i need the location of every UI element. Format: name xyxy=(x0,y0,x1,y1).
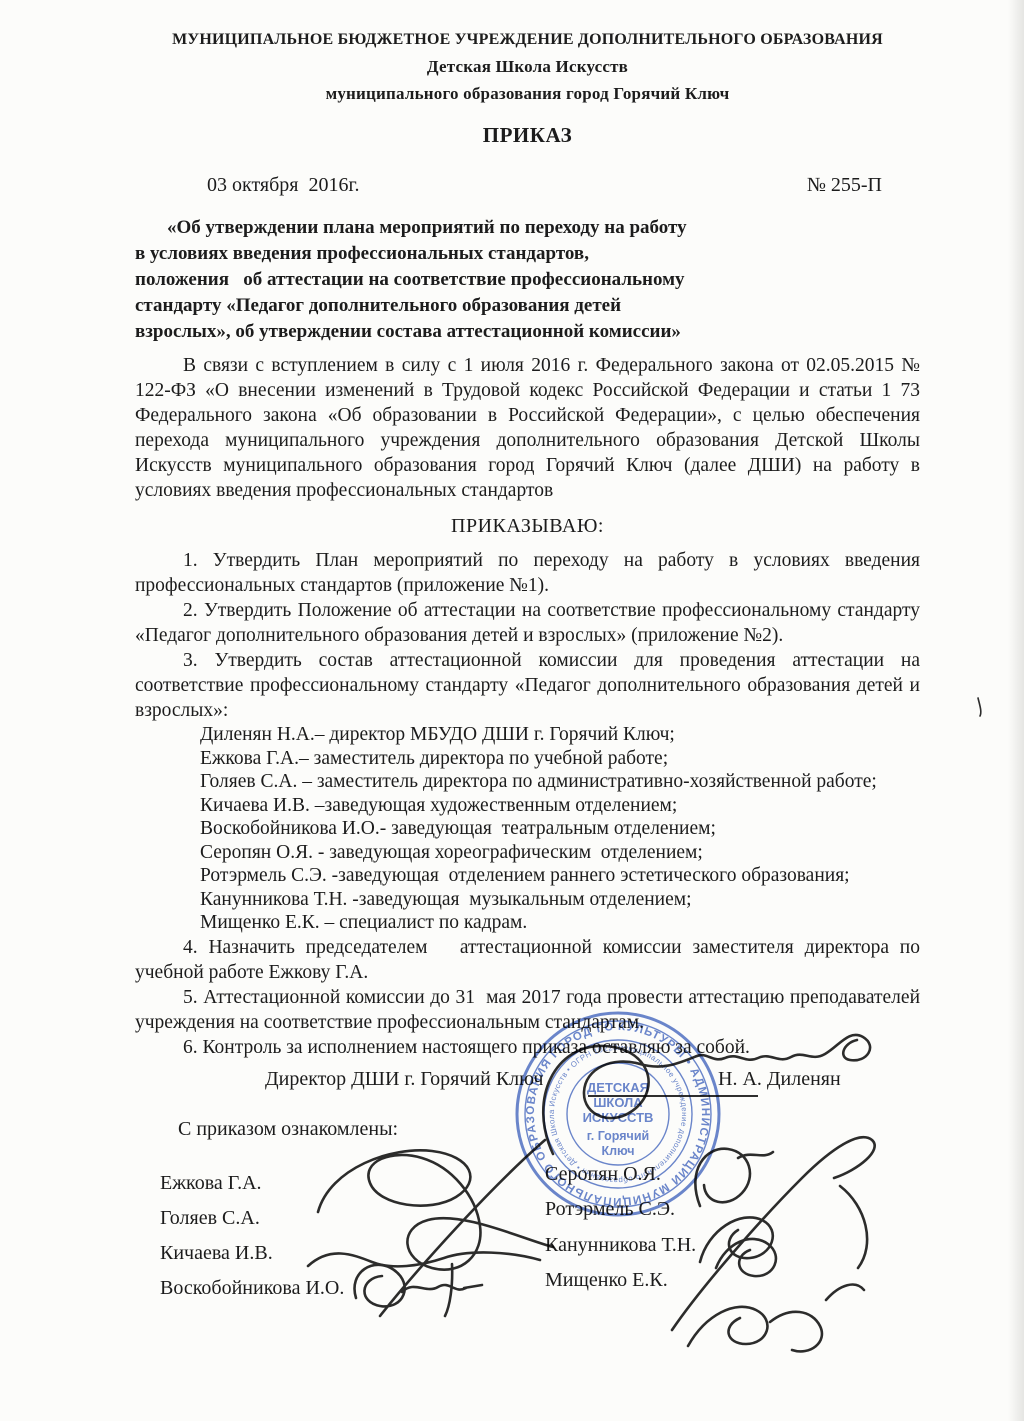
commission-member: Ежкова Г.А.– заместитель директора по уч… xyxy=(200,747,920,771)
stamp-center-line: ДЕТСКАЯ xyxy=(587,1080,649,1095)
rotermel-signature xyxy=(672,1137,875,1330)
stamp-center-line: Ключ xyxy=(601,1144,634,1158)
ezhkova-golyaev-signature xyxy=(318,1150,553,1269)
doc-date: 03 октября 2016г. xyxy=(207,174,359,197)
commission-member: Мищенко Е.К. – специалист по кадрам. xyxy=(200,911,920,935)
commission-member: Диленян Н.А.– директор МБУДО ДШИ г. Горя… xyxy=(200,723,920,747)
commission-member: Ротэрмель С.Э. -заведующая отделением ра… xyxy=(200,864,920,888)
signature-line xyxy=(588,1095,758,1097)
commission-member: Серопян О.Я. - заведующая хореографическ… xyxy=(200,841,920,865)
doc-meta-row: 03 октября 2016г. № 255-П xyxy=(135,174,920,197)
stamp-center-line: ШКОЛА xyxy=(593,1095,643,1110)
ack-name-kanunnikova: Канунникова Т.Н. xyxy=(545,1234,696,1257)
director-label: Директор ДШИ г. Горячий Ключ xyxy=(265,1068,543,1091)
subject-line: в условиях введения профессиональных ста… xyxy=(135,241,775,267)
scan-edge-shadow xyxy=(1008,0,1024,1421)
commission-member: Кичаева И.В. –заведующая художественным … xyxy=(200,794,920,818)
order-item-5: 5. Аттестационной комиссии до 31 мая 201… xyxy=(135,985,920,1035)
order-item-6: 6. Контроль за исполнением настоящего пр… xyxy=(135,1035,920,1060)
doc-type-title: ПРИКАЗ xyxy=(135,123,920,148)
ack-name-ezhkova: Ежкова Г.А. xyxy=(160,1172,262,1195)
director-name: Н. А. Диленян xyxy=(718,1068,841,1091)
commission-member: Голяев С.А. – заместитель директора по а… xyxy=(200,770,920,794)
seropyan-signature xyxy=(695,1149,773,1206)
subject-line: положения об аттестации на соответствие … xyxy=(135,267,775,293)
document-content: МУНИЦИПАЛЬНОЕ БЮДЖЕТНОЕ УЧРЕЖДЕНИЕ ДОПОЛ… xyxy=(0,0,1024,1060)
commission-member: Воскобойникова И.О.- заведующая театраль… xyxy=(200,817,920,841)
doc-subject: «Об утверждении плана мероприятий по пер… xyxy=(135,215,775,345)
subject-line: взрослых», об утверждении состава аттест… xyxy=(135,319,775,345)
order-item-3: 3. Утвердить состав аттестационной комис… xyxy=(135,648,920,723)
ack-name-kichaeva: Кичаева И.В. xyxy=(160,1242,273,1265)
acknowledged-label: С приказом ознакомлены: xyxy=(178,1118,398,1141)
stamp-center-line: ИСКУССТВ xyxy=(583,1110,654,1125)
ack-name-rotermel: Ротэрмель С.Э. xyxy=(545,1198,675,1221)
commission-list: Диленян Н.А.– директор МБУДО ДШИ г. Горя… xyxy=(200,723,920,935)
stamp-center-line: г. Горячий xyxy=(587,1129,649,1143)
ack-name-golyaev: Голяев С.А. xyxy=(160,1207,260,1230)
commission-member: Канунникова Т.Н. -заведующая музыкальным… xyxy=(200,888,920,912)
subject-line: стандарту «Педагог дополнительного образ… xyxy=(135,293,775,319)
order-item-4: 4. Назначить председателем аттестационно… xyxy=(135,935,920,985)
ack-name-seropyan: Серопян О.Я. xyxy=(545,1163,661,1186)
ack-name-mishchenko: Мищенко Е.К. xyxy=(545,1269,668,1292)
kanunnikova-signature xyxy=(716,1239,776,1276)
org-name-line-3: муниципального образования город Горячий… xyxy=(135,80,920,107)
intro-paragraph: В связи с вступлением в силу с 1 июля 20… xyxy=(135,353,920,503)
ack-name-voskoboynikova: Воскобойникова И.О. xyxy=(160,1277,344,1300)
org-header: МУНИЦИПАЛЬНОЕ БЮДЖЕТНОЕ УЧРЕЖДЕНИЕ ДОПОЛ… xyxy=(135,26,920,107)
order-item-1: 1. Утвердить План мероприятий по переход… xyxy=(135,548,920,598)
order-item-2: 2. Утвердить Положение об аттестации на … xyxy=(135,598,920,648)
document-page: МУНИЦИПАЛЬНОЕ БЮДЖЕТНОЕ УЧРЕЖДЕНИЕ ДОПОЛ… xyxy=(0,0,1024,1421)
resolution-word: ПРИКАЗЫВАЮ: xyxy=(135,515,920,538)
org-name-line-1: МУНИЦИПАЛЬНОЕ БЮДЖЕТНОЕ УЧРЕЖДЕНИЕ ДОПОЛ… xyxy=(135,26,920,53)
mishchenko-signature xyxy=(688,1285,864,1352)
org-name-line-2: Детская Школа Искусств xyxy=(135,53,920,80)
voskoboynikova-signature xyxy=(355,1264,482,1316)
doc-number: № 255-П xyxy=(807,174,882,197)
subject-line: «Об утверждении плана мероприятий по пер… xyxy=(135,215,775,241)
